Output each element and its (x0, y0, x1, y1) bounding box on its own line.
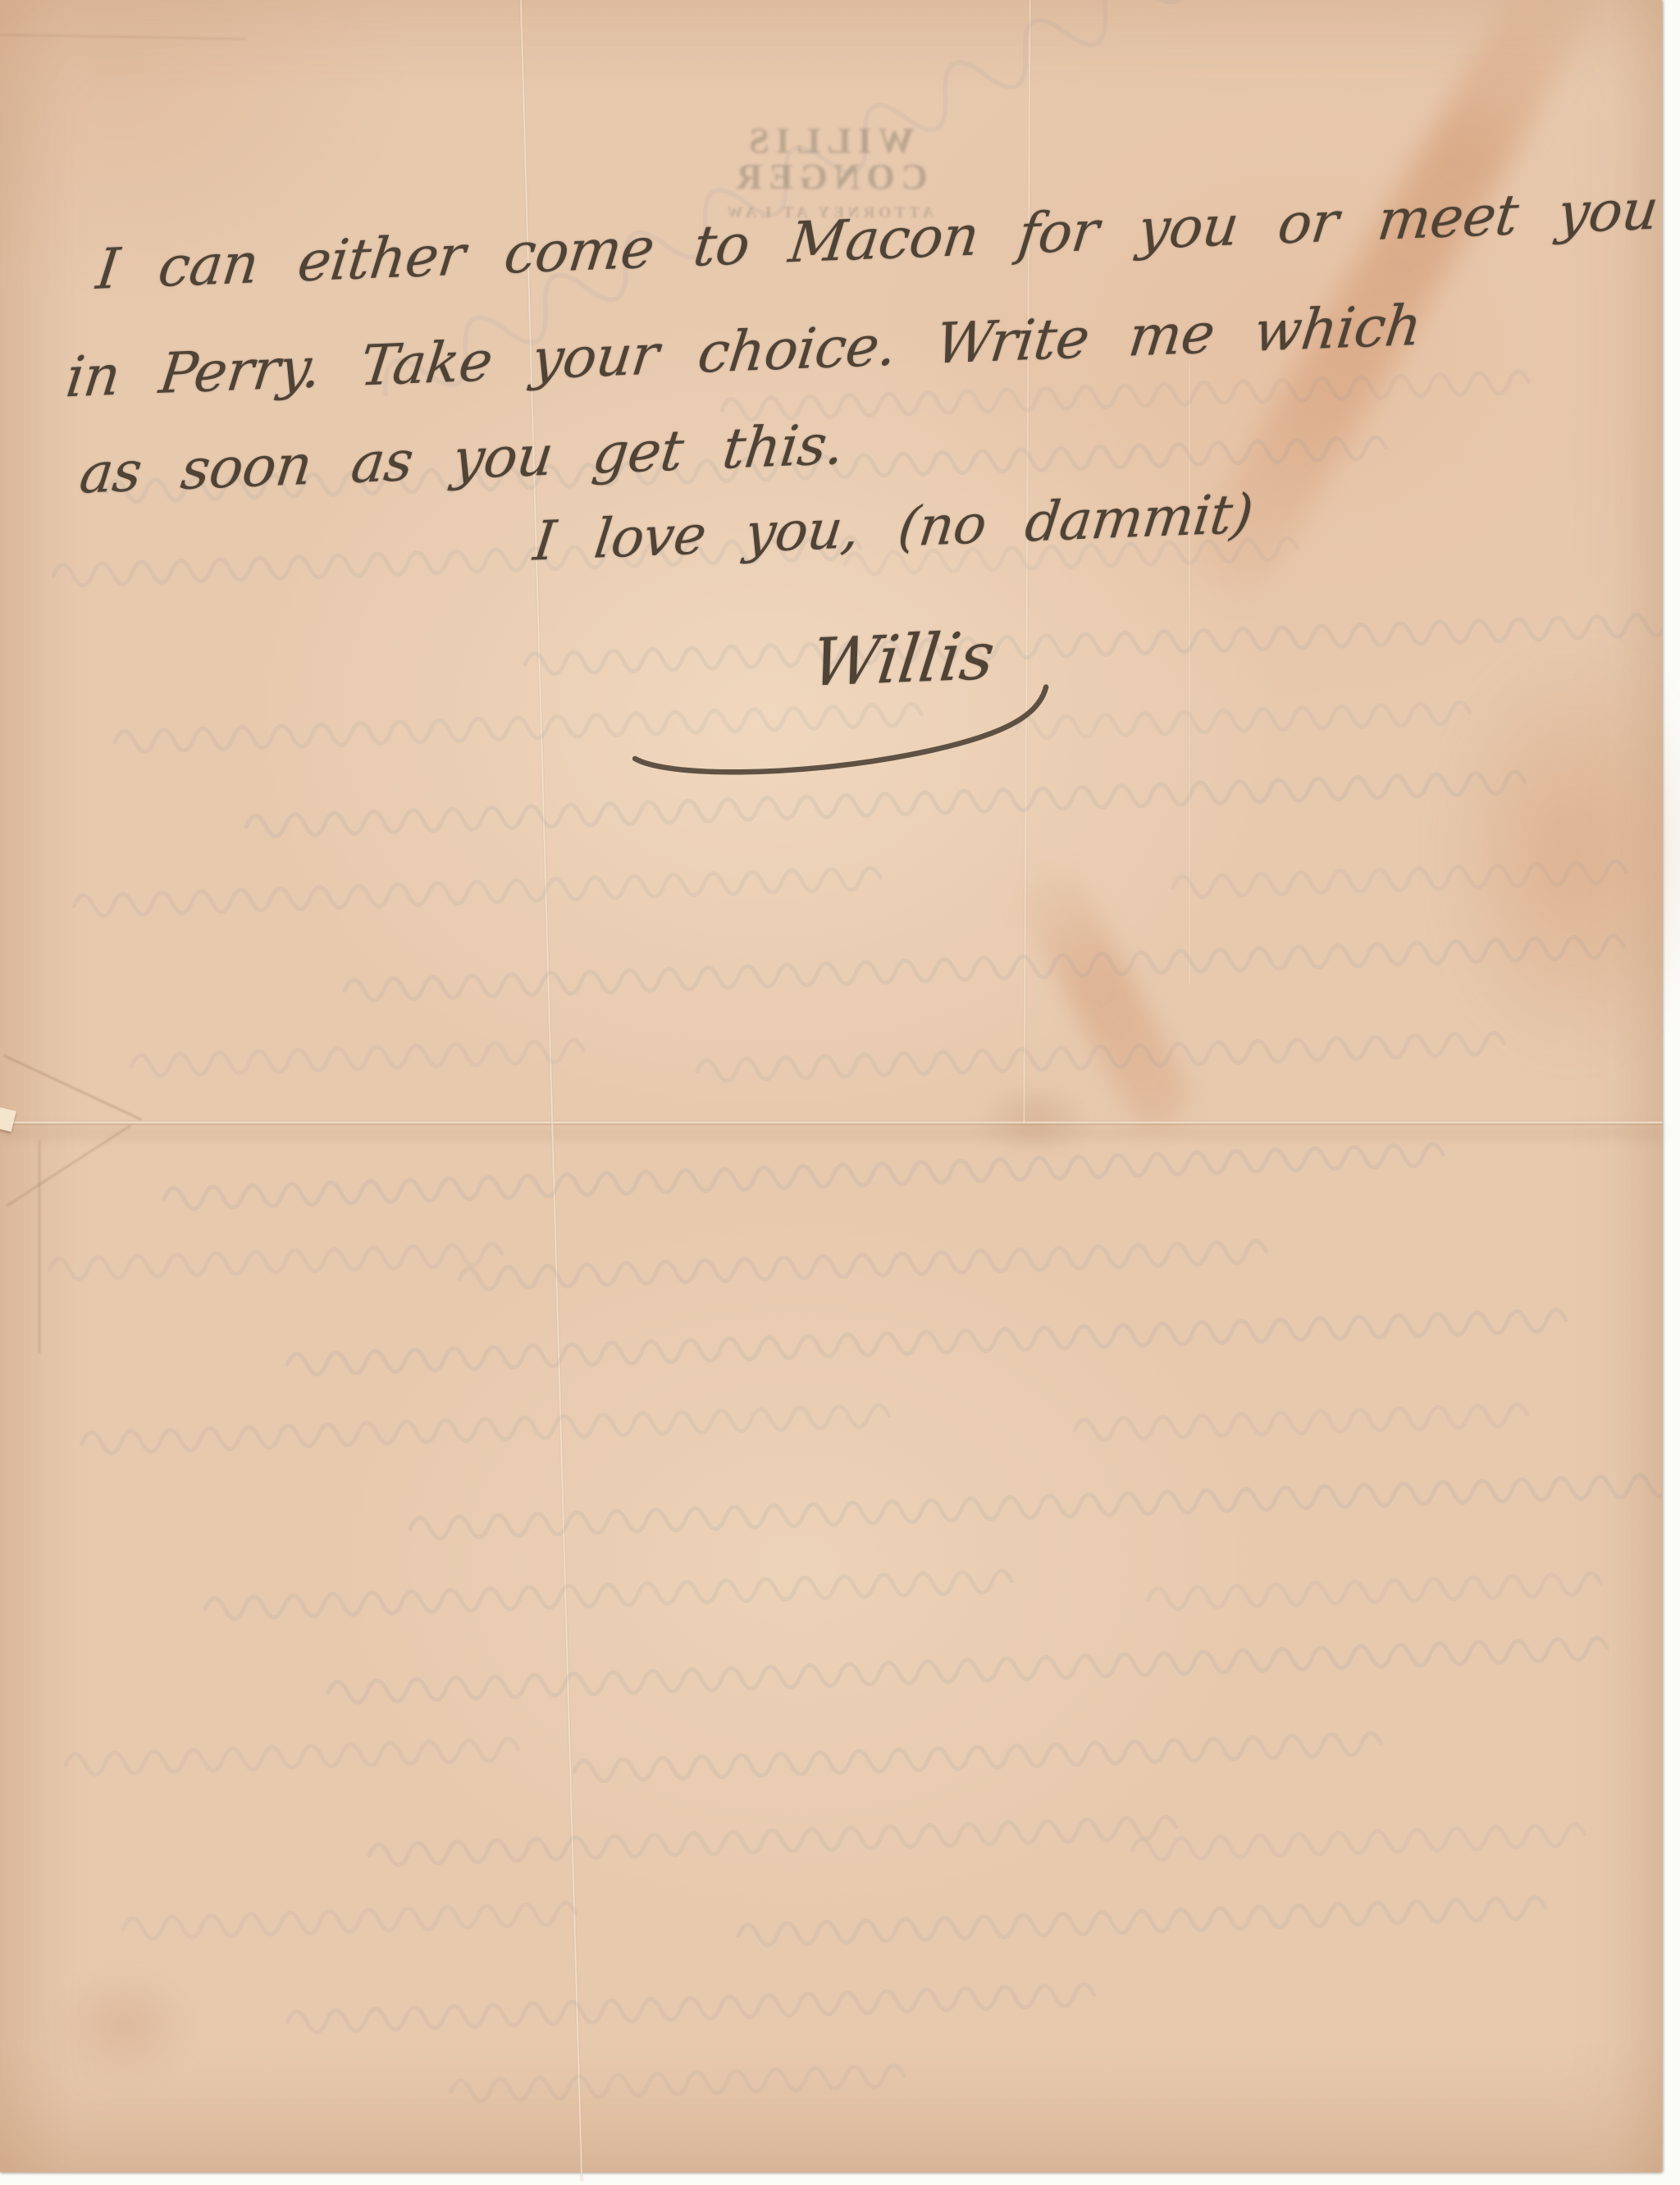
letter-line-3: as soon as you get this. (77, 417, 847, 503)
handwritten-text-layer: I can either come to Macon for you or me… (0, 0, 1680, 2183)
letter-line-2: in Perry. Take your choice. Write me whi… (63, 299, 1424, 407)
signature-underline (632, 687, 1048, 777)
letter-line-1: I can either come to Macon for you or me… (94, 182, 1661, 298)
letter-closing: I love you, (no dammit) (531, 487, 1256, 569)
scanner-background: WILLIS CONGER ATTORNEY AT LAW (0, 0, 1680, 2185)
signature-flourish (619, 675, 1066, 791)
letter-paper: WILLIS CONGER ATTORNEY AT LAW (0, 0, 1662, 2172)
